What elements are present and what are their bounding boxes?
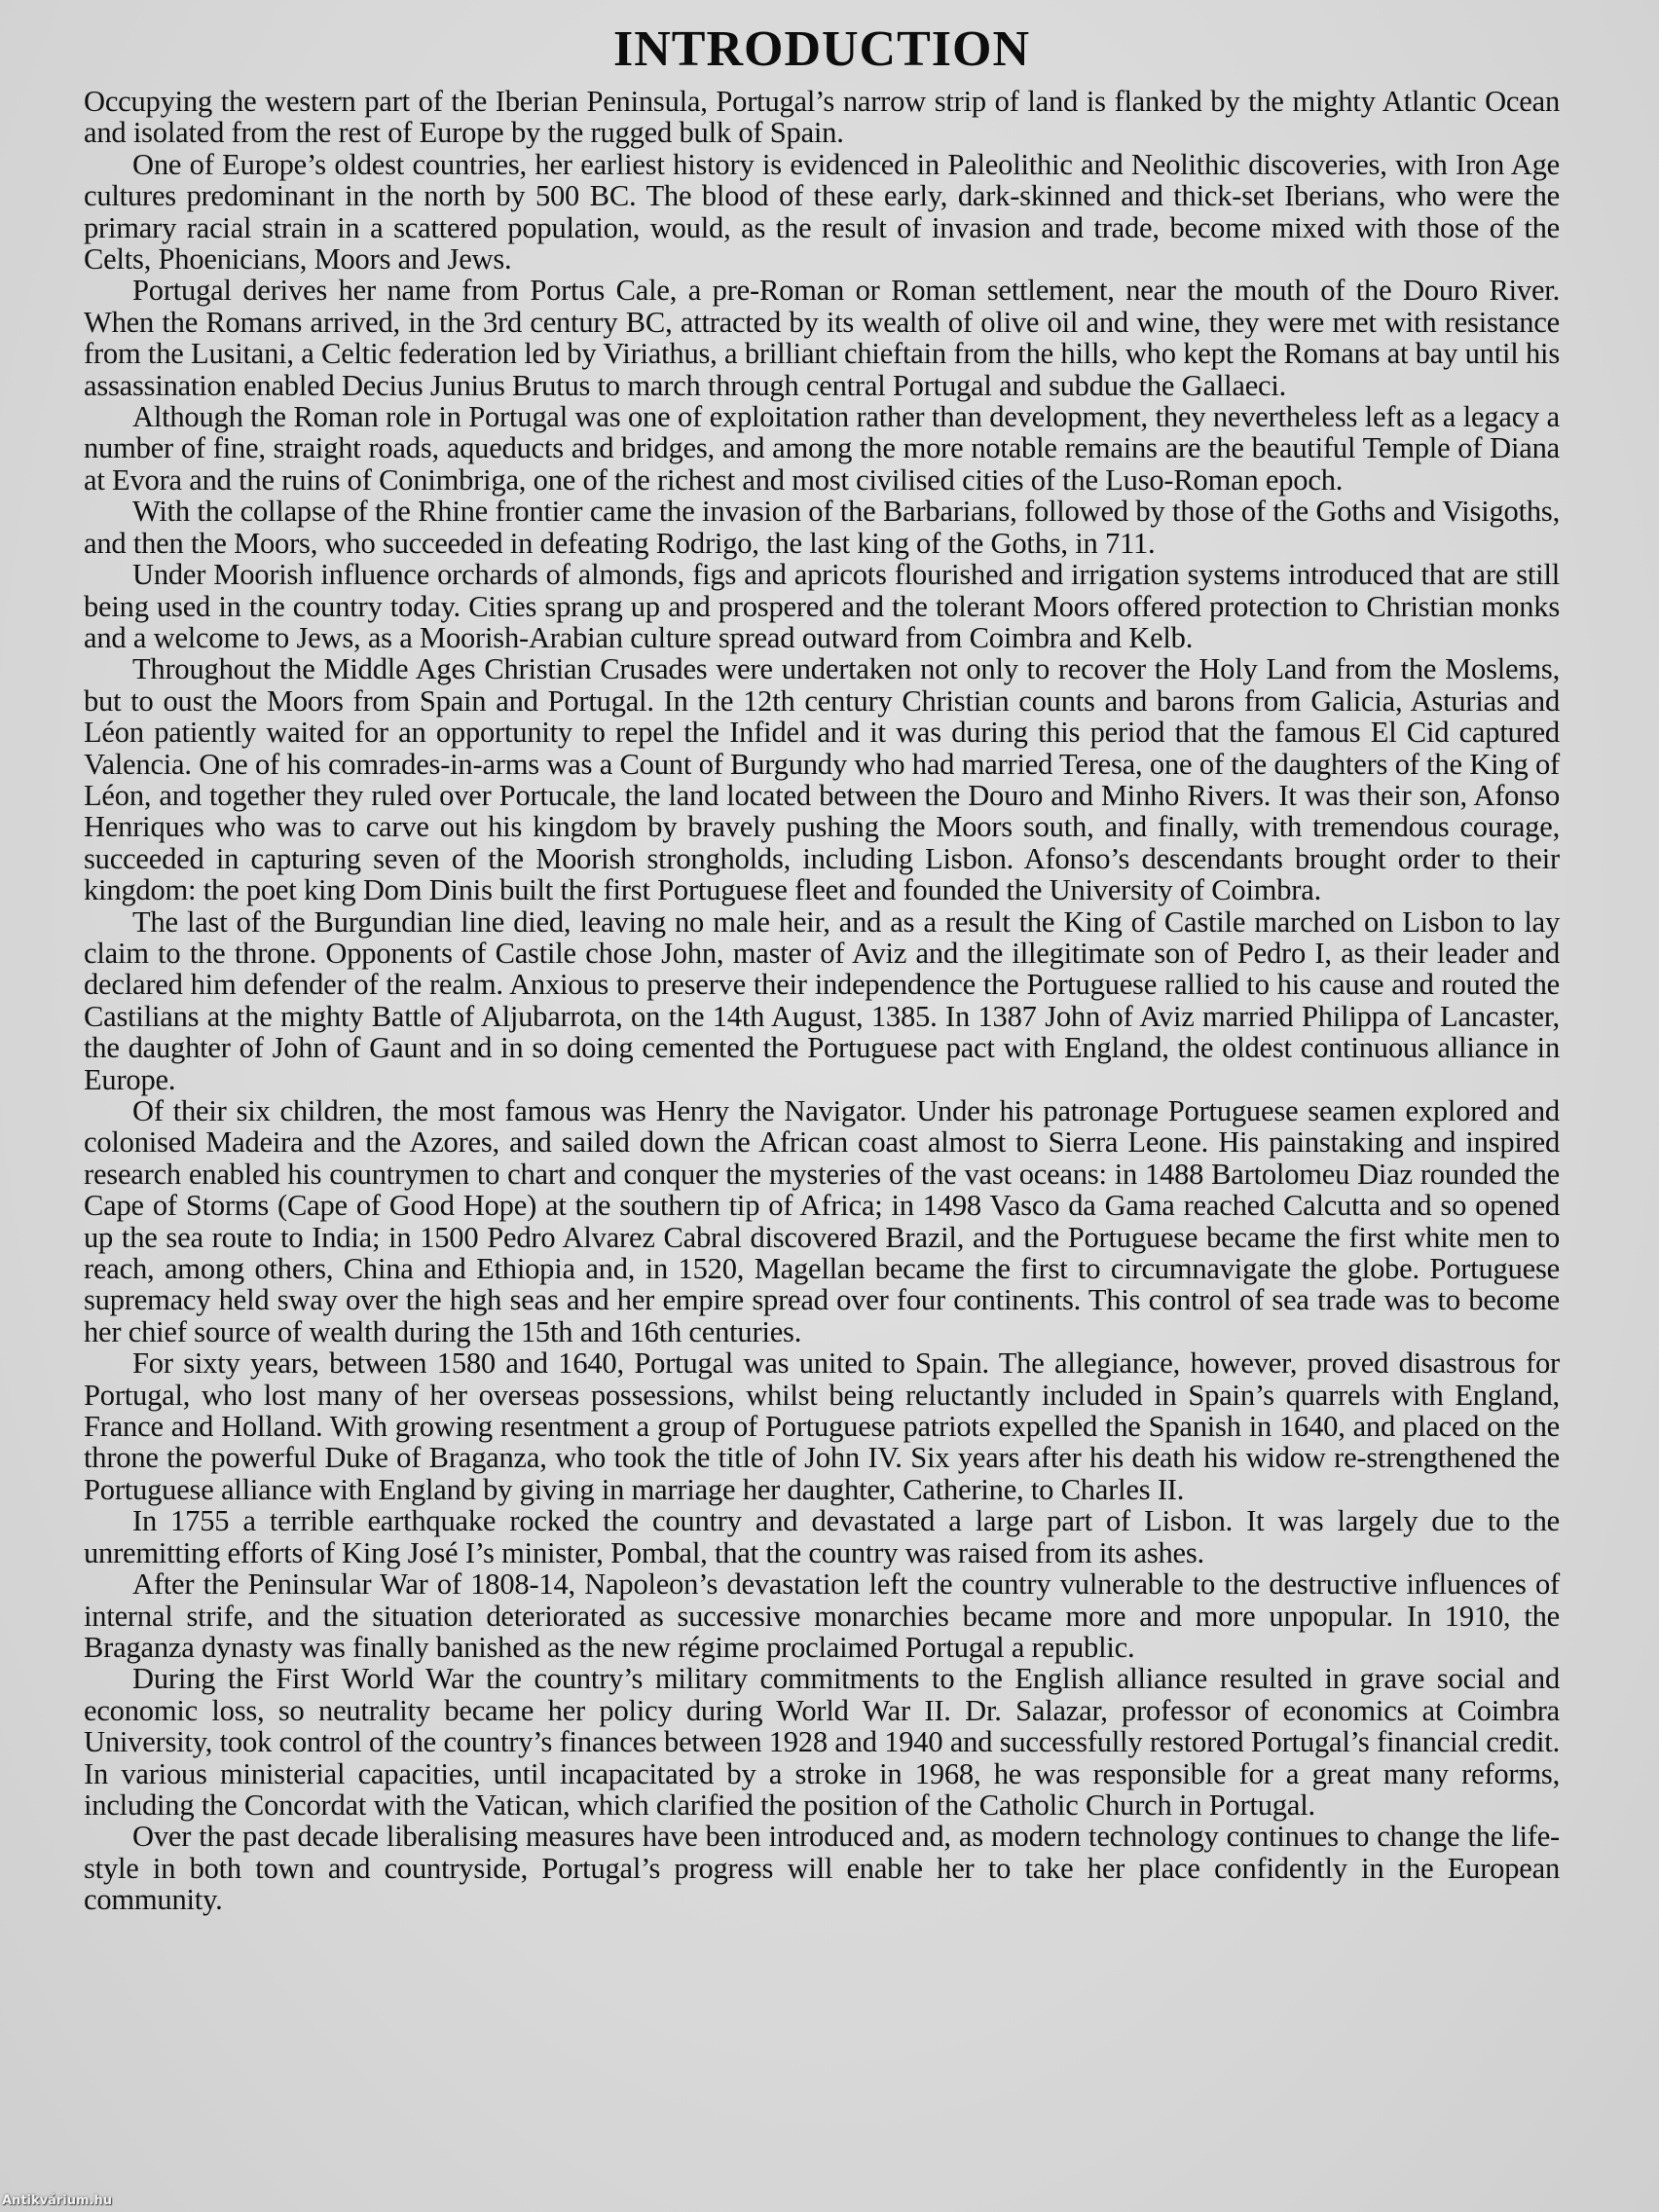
document-page: INTRODUCTION Occupying the western part …	[84, 19, 1560, 1916]
paragraph-republic: After the Peninsular War of 1808-14, Nap…	[84, 1568, 1560, 1663]
paragraph-earthquake: In 1755 a terrible earthquake rocked the…	[84, 1505, 1560, 1568]
article-body: Occupying the western part of the Iberia…	[84, 86, 1560, 1916]
page-title: INTRODUCTION	[84, 19, 1560, 80]
paragraph-henry-navigator: Of their six children, the most famous w…	[84, 1095, 1560, 1347]
paragraph-prehistory: One of Europe’s oldest countries, her ea…	[84, 149, 1560, 276]
paragraph-burgundian-line: The last of the Burgundian line died, le…	[84, 906, 1560, 1095]
paragraph-crusades: Throughout the Middle Ages Christian Cru…	[84, 653, 1560, 905]
paragraph-intro: Occupying the western part of the Iberia…	[84, 86, 1560, 149]
paragraph-salazar: During the First World War the country’s…	[84, 1663, 1560, 1821]
watermark-logo: Antikvárium.hu	[2, 2194, 112, 2208]
paragraph-modern: Over the past decade liberalising measur…	[84, 1821, 1560, 1915]
paragraph-barbarians: With the collapse of the Rhine frontier …	[84, 496, 1560, 559]
paragraph-spanish-union: For sixty years, between 1580 and 1640, …	[84, 1347, 1560, 1505]
paragraph-name-origin: Portugal derives her name from Portus Ca…	[84, 275, 1560, 401]
paragraph-roman-legacy: Although the Roman role in Portugal was …	[84, 401, 1560, 496]
paragraph-moorish-influence: Under Moorish influence orchards of almo…	[84, 559, 1560, 653]
